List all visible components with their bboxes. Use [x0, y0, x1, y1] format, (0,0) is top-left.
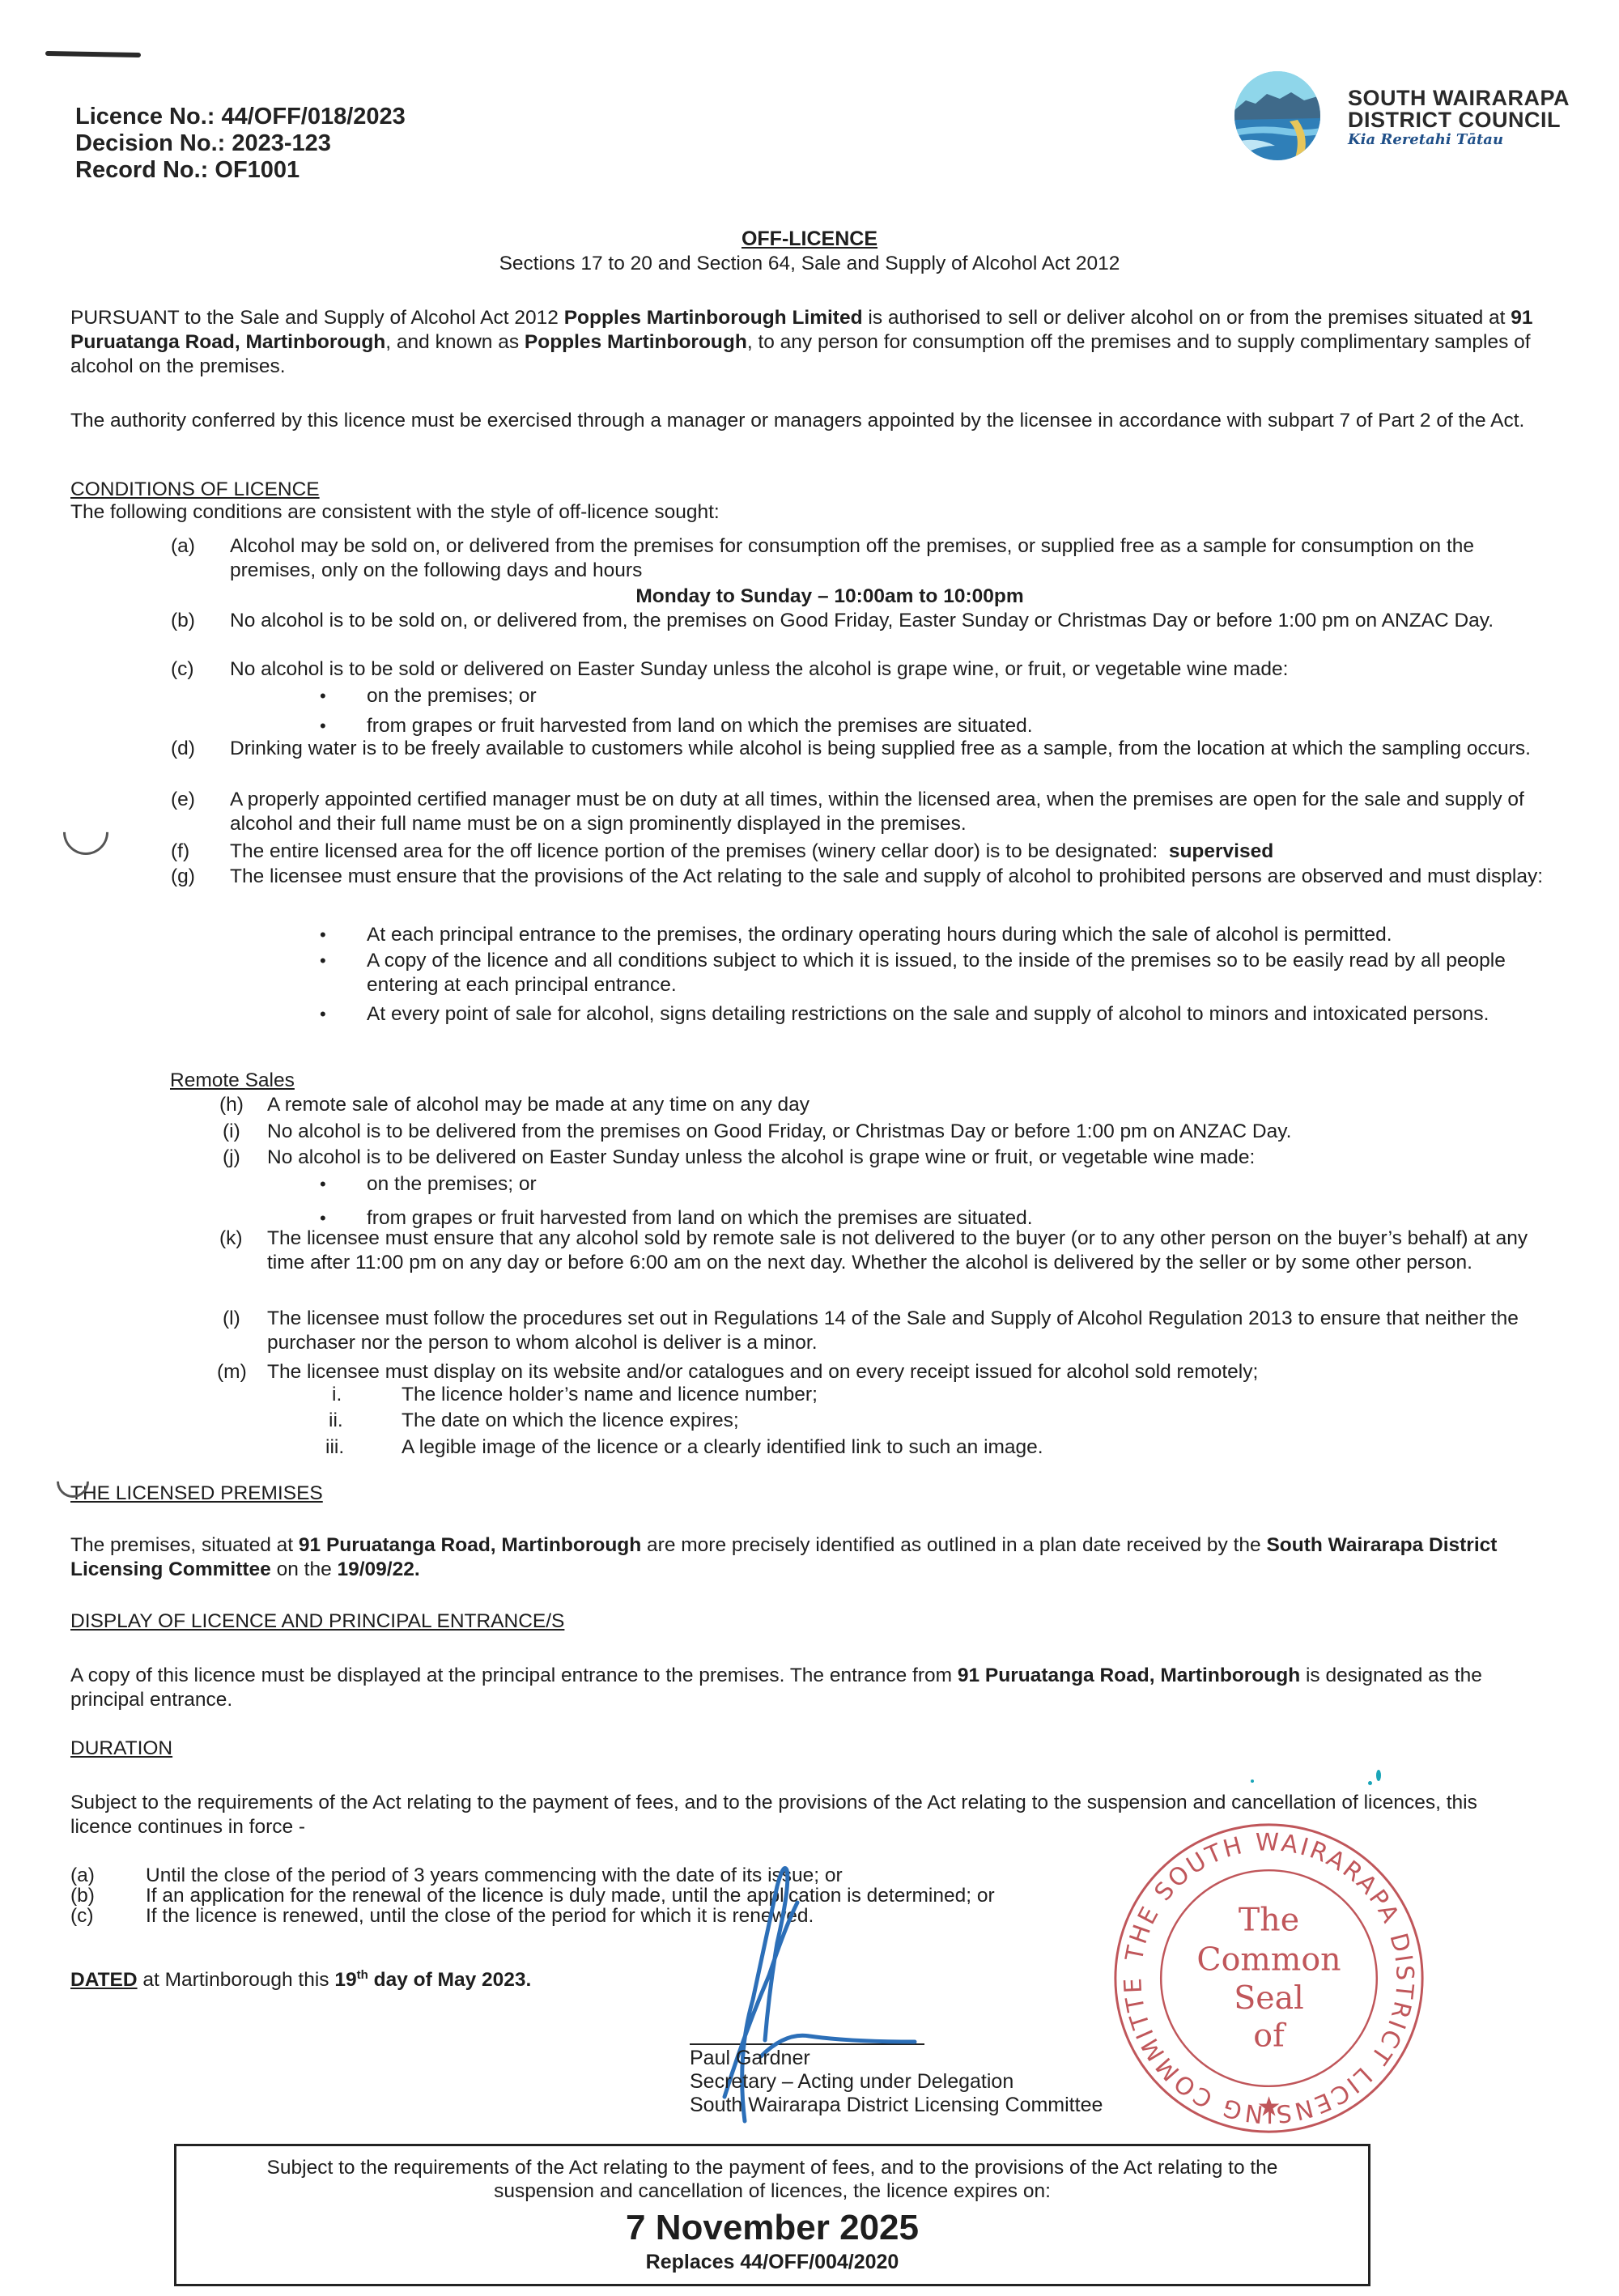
- text-run: , and known as: [385, 331, 525, 353]
- condition-label: (g): [171, 865, 195, 889]
- condition-text: A remote sale of alcohol may be made at …: [267, 1093, 809, 1117]
- council-tagline: Kia Reretahi Tātau: [1348, 131, 1570, 149]
- duration-heading: DURATION: [70, 1737, 172, 1761]
- condition-label: (e): [171, 788, 195, 812]
- condition-label: (f): [171, 840, 189, 864]
- licensed-premises-body: The premises, situated at 91 Puruatanga …: [70, 1533, 1528, 1582]
- text-run: The premises, situated at: [70, 1534, 299, 1556]
- ink-speck: [1368, 1781, 1372, 1785]
- condition-text: A properly appointed certified manager m…: [230, 788, 1562, 836]
- condition-text: The licensee must ensure that any alcoho…: [267, 1227, 1562, 1275]
- conditions-lead: The following conditions are consistent …: [70, 500, 720, 525]
- text-run: PURSUANT to the Sale and Supply of Alcoh…: [70, 307, 564, 329]
- condition-text: The licensee must ensure that the provis…: [230, 865, 1562, 889]
- item-text: A legible image of the licence or a clea…: [402, 1435, 1043, 1460]
- condition-text: The licensee must follow the procedures …: [267, 1307, 1562, 1355]
- svg-text:Common: Common: [1196, 1941, 1341, 1979]
- condition-text: The licensee must display on its website…: [267, 1360, 1258, 1384]
- common-seal-stamp: THE SOUTH WAIRARAPA DISTRICT LICENSING C…: [1109, 1818, 1429, 2138]
- item-label: i.: [332, 1383, 342, 1407]
- signatory-organisation: South Wairarapa District Licensing Commi…: [690, 2094, 1103, 2117]
- remote-sales-heading: Remote Sales: [170, 1069, 295, 1093]
- document-title: OFF-LICENCE: [0, 227, 1619, 251]
- condition-label: (m): [217, 1360, 247, 1384]
- condition-text: Drinking water is to be freely available…: [230, 737, 1562, 761]
- authority-paragraph: The authority conferred by this licence …: [70, 409, 1560, 433]
- decision-number: Decision No.: 2023-123: [75, 130, 406, 157]
- replaces-licence: Replaces 44/OFF/004/2020: [176, 2250, 1368, 2274]
- signatory-role: Secretary – Acting under Delegation: [690, 2070, 1103, 2094]
- text-run: on the: [271, 1558, 338, 1580]
- licensed-premises-heading: THE LICENSED PREMISES: [70, 1482, 323, 1506]
- ink-speck: [1376, 1770, 1381, 1781]
- bullet-icon: •: [320, 1002, 326, 1027]
- condition-label: (l): [223, 1307, 240, 1331]
- condition-label: (k): [219, 1227, 243, 1251]
- condition-text: Alcohol may be sold on, or delivered fro…: [230, 534, 1562, 583]
- star-icon: ★: [1256, 2092, 1281, 2122]
- bullet-text: from grapes or fruit harvested from land…: [367, 714, 1033, 738]
- council-name-line1: SOUTH WAIRARAPA: [1348, 87, 1570, 109]
- condition-label: (d): [171, 737, 195, 761]
- svg-text:The: The: [1239, 1901, 1299, 1938]
- bullet-text: on the premises; or: [367, 684, 537, 708]
- scan-hole-mark: [53, 800, 117, 864]
- expiry-box: Subject to the requirements of the Act r…: [174, 2144, 1370, 2286]
- text-run: is authorised to sell or deliver alcohol…: [863, 307, 1511, 329]
- intro-paragraph: PURSUANT to the Sale and Supply of Alcoh…: [70, 306, 1560, 379]
- display-heading: DISPLAY OF LICENCE AND PRINCIPAL ENTRANC…: [70, 1609, 564, 1634]
- day-number: 19: [334, 1969, 356, 1991]
- council-landscape-logo-icon: [1234, 71, 1320, 160]
- signatory-name: Paul Gardner: [690, 2047, 1103, 2070]
- bullet-icon: •: [320, 714, 326, 738]
- condition-label: (c): [171, 657, 194, 682]
- condition-text: No alcohol is to be sold on, or delivere…: [230, 609, 1562, 633]
- condition-text: No alcohol is to be delivered from the p…: [267, 1120, 1291, 1144]
- conditions-heading: CONDITIONS OF LICENCE: [70, 478, 320, 502]
- svg-text:of: of: [1253, 2017, 1286, 2054]
- item-text: The date on which the licence expires;: [402, 1409, 739, 1433]
- bold-text: 91 Puruatanga Road, Martinborough: [299, 1534, 641, 1556]
- day-suffix: th: [357, 1968, 368, 1982]
- bullet-icon: •: [320, 1172, 326, 1197]
- item-label: iii.: [325, 1435, 344, 1460]
- svg-text:Seal: Seal: [1234, 1979, 1304, 2017]
- expiry-text: Subject to the requirements of the Act r…: [176, 2156, 1368, 2203]
- bullet-icon: •: [320, 949, 326, 973]
- condition-text: No alcohol is to be delivered on Easter …: [267, 1146, 1255, 1170]
- bold-text: 19/09/22.: [338, 1558, 420, 1580]
- condition-text: The entire licensed area for the off lic…: [230, 840, 1169, 862]
- scan-mark: [45, 51, 141, 57]
- licence-identifiers: Licence No.: 44/OFF/018/2023 Decision No…: [75, 104, 406, 184]
- item-label: (c): [70, 1904, 94, 1928]
- condition-label: (h): [219, 1093, 244, 1117]
- bold-text: 91 Puruatanga Road, Martinborough: [958, 1665, 1300, 1686]
- council-name-line2: DISTRICT COUNCIL: [1348, 109, 1570, 131]
- condition-label: (a): [171, 534, 195, 559]
- condition-label: (j): [223, 1146, 240, 1170]
- document-subtitle: Sections 17 to 20 and Section 64, Sale a…: [0, 252, 1619, 276]
- bullet-text: A copy of the licence and all conditions…: [367, 949, 1562, 997]
- record-number: Record No.: OF1001: [75, 157, 406, 184]
- display-body: A copy of this licence must be displayed…: [70, 1664, 1528, 1712]
- item-text: The licence holder’s name and licence nu…: [402, 1383, 818, 1407]
- dated-day: 19th day of May 2023.: [334, 1969, 531, 1991]
- item-label: ii.: [329, 1409, 343, 1433]
- licence-number: Licence No.: 44/OFF/018/2023: [75, 104, 406, 130]
- bold-text: Popples Martinborough: [525, 331, 747, 353]
- council-logo: SOUTH WAIRARAPA DISTRICT COUNCIL Kia Rer…: [1234, 71, 1607, 160]
- bullet-text: At each principal entrance to the premis…: [367, 923, 1562, 947]
- condition-label: (b): [171, 609, 195, 633]
- bullet-icon: •: [320, 684, 326, 708]
- bullet-text: on the premises; or: [367, 1172, 537, 1197]
- trading-hours: Monday to Sunday – 10:00am to 10:00pm: [20, 585, 1619, 609]
- dated-rest: day of May 2023.: [368, 1969, 532, 1991]
- condition-text: No alcohol is to be sold or delivered on…: [230, 657, 1562, 682]
- designation-value: supervised: [1169, 840, 1273, 862]
- text-run: are more precisely identified as outline…: [641, 1534, 1266, 1556]
- text-run: A copy of this licence must be displayed…: [70, 1665, 958, 1686]
- condition-label: (i): [223, 1120, 240, 1144]
- bold-text: Popples Martinborough Limited: [564, 307, 863, 329]
- dated-place: at Martinborough this: [138, 1969, 335, 1991]
- bullet-text: At every point of sale for alcohol, sign…: [367, 1002, 1562, 1027]
- dated-keyword: DATED: [70, 1969, 138, 1991]
- dated-line: DATED at Martinborough this 19th day of …: [70, 1963, 531, 1992]
- ink-speck: [1251, 1779, 1254, 1783]
- bullet-icon: •: [320, 923, 326, 947]
- expiry-date: 7 November 2025: [176, 2208, 1368, 2248]
- signatory-block: Paul Gardner Secretary – Acting under De…: [690, 2047, 1103, 2117]
